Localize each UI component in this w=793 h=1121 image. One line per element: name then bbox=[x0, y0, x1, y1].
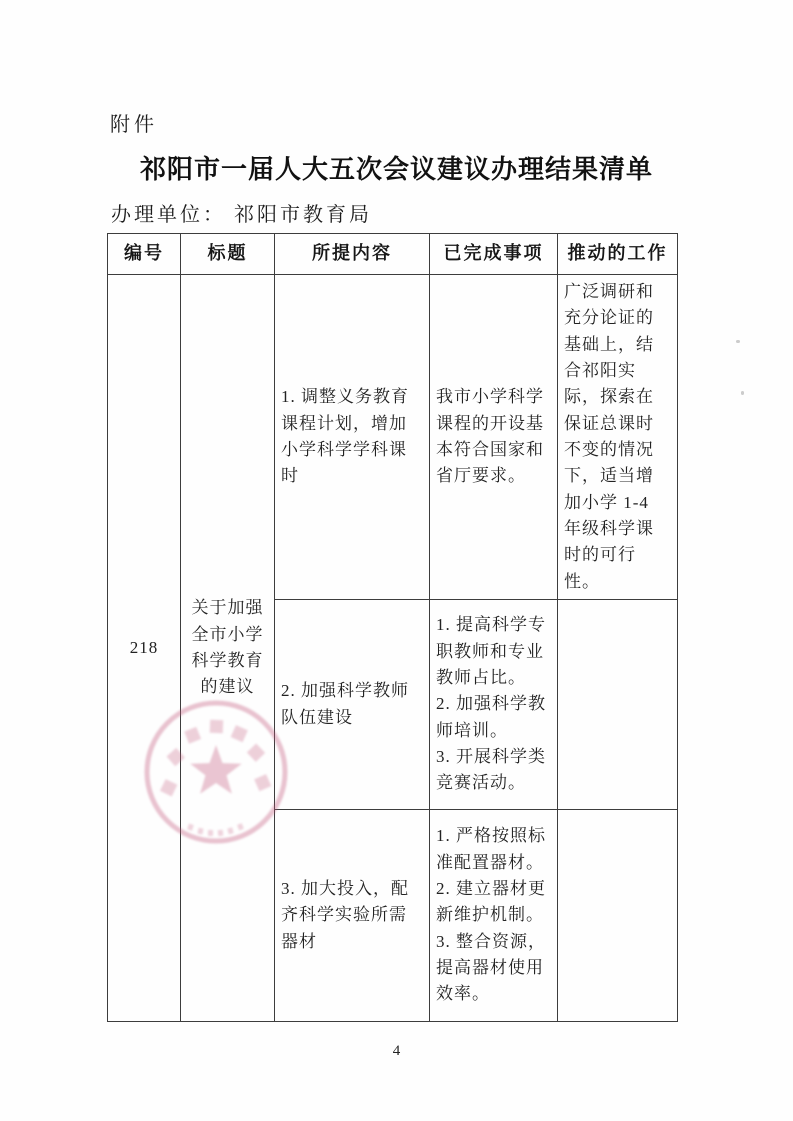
header-promoted: 推动的工作 bbox=[558, 234, 678, 275]
table-header-row: 编号 标题 所提内容 已完成事项 推动的工作 bbox=[108, 234, 678, 275]
results-table: 编号 标题 所提内容 已完成事项 推动的工作 218 关于加强全市小学科学教育的… bbox=[107, 233, 678, 1022]
header-content: 所提内容 bbox=[275, 234, 430, 275]
cell-completed-2: 1. 提高科学专职教师和专业教师占比。 2. 加强科学教师培训。 3. 开展科学… bbox=[430, 600, 558, 810]
document-page: 附件 祁阳市一届人大五次会议建议办理结果清单 办理单位： 祁阳市教育局 编号 标… bbox=[0, 0, 793, 1121]
scan-artifact-speck bbox=[736, 340, 740, 343]
page-number: 4 bbox=[0, 1043, 793, 1060]
attachment-label: 附件 bbox=[110, 108, 158, 137]
scan-artifact-speck bbox=[741, 391, 744, 395]
cell-content-2: 2. 加强科学教师队伍建设 bbox=[275, 600, 430, 810]
document-title: 祁阳市一届人大五次会议建议办理结果清单 bbox=[0, 149, 793, 186]
header-completed: 已完成事项 bbox=[430, 234, 558, 275]
handling-unit-line: 办理单位： 祁阳市教育局 bbox=[111, 198, 372, 227]
cell-number: 218 bbox=[108, 274, 181, 1021]
cell-content-3: 3. 加大投入，配齐科学实验所需器材 bbox=[275, 810, 430, 1022]
cell-completed-3: 1. 严格按照标准配置器材。 2. 建立器材更新维护机制。 3. 整合资源，提高… bbox=[430, 810, 558, 1022]
cell-promoted-1: 广泛调研和充分论证的基础上，结合祁阳实际，探索在保证总课时不变的情况下，适当增加… bbox=[558, 274, 678, 599]
header-number: 编号 bbox=[108, 234, 181, 275]
cell-promoted-2 bbox=[558, 600, 678, 810]
cell-promoted-3 bbox=[558, 810, 678, 1022]
cell-completed-1: 我市小学科学课程的开设基本符合国家和省厅要求。 bbox=[430, 274, 558, 599]
cell-title: 关于加强全市小学科学教育的建议 bbox=[181, 274, 275, 1021]
cell-content-1: 1. 调整义务教育课程计划，增加小学科学学科课时 bbox=[275, 274, 430, 599]
table-row-1: 218 关于加强全市小学科学教育的建议 1. 调整义务教育课程计划，增加小学科学… bbox=[108, 274, 678, 599]
header-title: 标题 bbox=[181, 234, 275, 275]
